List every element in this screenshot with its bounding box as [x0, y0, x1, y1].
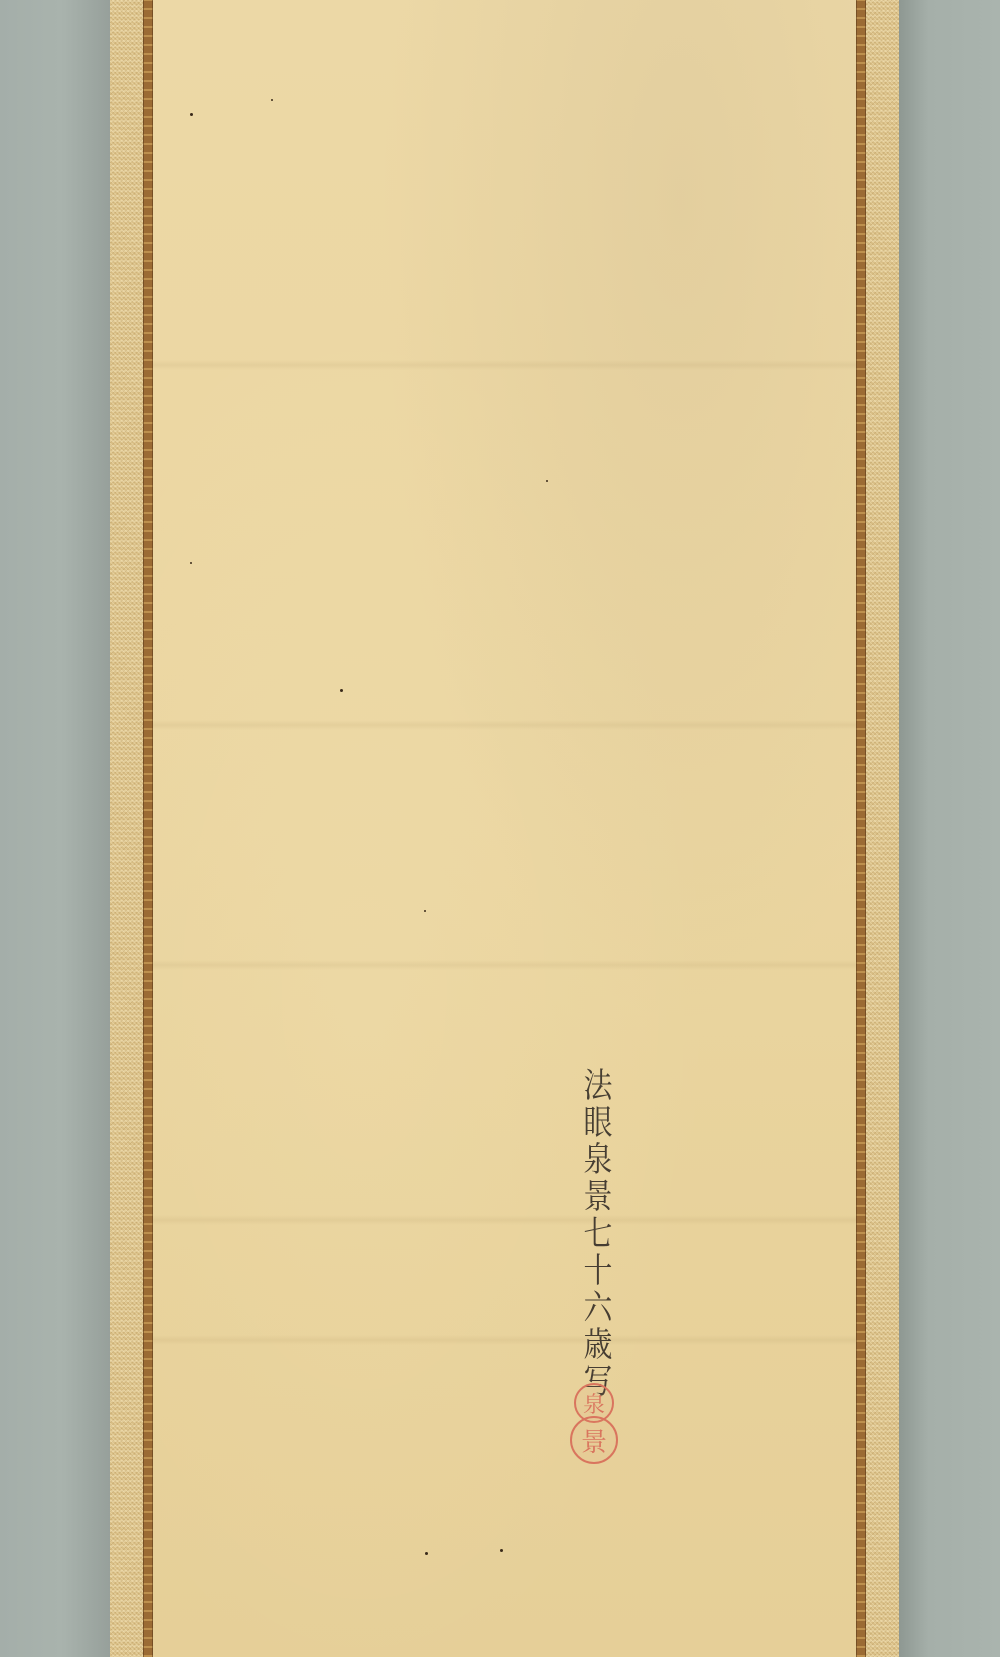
inscription-char: 眼 — [584, 1105, 613, 1142]
silk-mount-left — [110, 0, 144, 1657]
inner-strip-right — [856, 0, 866, 1657]
paper-speck — [190, 562, 192, 564]
paper-speck — [500, 1549, 503, 1552]
inscription-char: 景 — [584, 1179, 613, 1216]
paper-speck — [271, 99, 273, 101]
paper-speck — [340, 689, 343, 692]
inscription-char: 七 — [584, 1216, 613, 1253]
red-gourd-seal: 泉 景 — [568, 1383, 618, 1465]
inscription-char: 六 — [584, 1290, 613, 1327]
inscription-char: 歳 — [584, 1327, 613, 1364]
background-left — [0, 0, 112, 1657]
paper-crease — [153, 1215, 856, 1225]
paper-crease — [153, 1335, 856, 1345]
inscription-char: 泉 — [584, 1142, 613, 1179]
paper-speck — [424, 910, 426, 912]
background-right — [898, 0, 1000, 1657]
inscription-char: 十 — [584, 1253, 613, 1290]
paper-speck — [546, 480, 548, 482]
paper-crease — [153, 960, 856, 970]
inscription-char: 法 — [584, 1068, 613, 1105]
silk-mount-right — [866, 0, 899, 1657]
seal-bottom-circle: 景 — [570, 1416, 618, 1464]
paper-crease — [153, 720, 856, 730]
paper-crease — [153, 360, 856, 370]
inner-strip-left — [143, 0, 153, 1657]
scroll-paper — [153, 0, 856, 1657]
paper-speck — [425, 1552, 428, 1555]
paper-speck — [190, 113, 193, 116]
signature-inscription: 法 眼 泉 景 七 十 六 歳 写 — [576, 1068, 620, 1401]
